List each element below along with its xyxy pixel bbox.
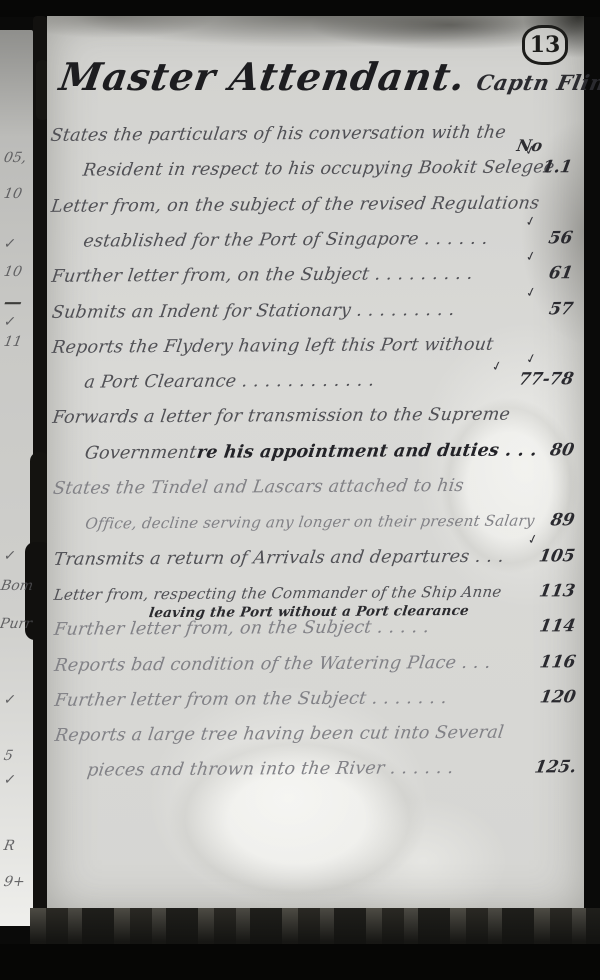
scanned-manuscript: { "page": { "number": "13" }, "header": … [0, 0, 600, 980]
entry-number: 1.1 [492, 157, 573, 178]
entry-number: 80 [494, 440, 575, 461]
index-entry: Resident in respect to his occupying Boo… [51, 157, 572, 195]
entry-text: Further letter from, on the Subject . . … [50, 264, 474, 287]
entry-number: 89 [495, 510, 576, 531]
index-entry: States the Tindel and Lascars attached t… [53, 475, 574, 513]
index-entries: States the particulars of his conversati… [50, 14, 577, 917]
entry-text: Transmits a return of Arrivals and depar… [52, 546, 505, 569]
index-entry: Government re his appointment and duties… [53, 440, 574, 478]
index-entry: Further letter from, on the Subject . . … [52, 263, 573, 301]
entry-number: 120 [496, 687, 577, 708]
index-entry: established for the Port of Singapore . … [51, 228, 572, 266]
entry-number: 56 [493, 228, 574, 249]
index-entry: Letter from, on the subject of the revis… [51, 193, 572, 231]
entry-text: Forwards a letter for transmission to th… [51, 405, 511, 428]
entry-text: Further letter from on the Subject . . .… [53, 688, 448, 711]
entry-number: 57 [493, 299, 574, 320]
index-entry: Further letter from on the Subject . . .… [55, 687, 576, 725]
index-entry: Reports a large tree having been cut int… [55, 722, 576, 760]
entry-number: 105 [495, 546, 576, 567]
index-entry: States the particulars of his conversati… [51, 122, 572, 160]
index-entry: Transmits a return of Arrivals and depar… [54, 546, 575, 584]
entry-text: States the Tindel and Lascars attached t… [52, 476, 465, 499]
index-entry: Forwards a letter for transmission to th… [53, 405, 574, 443]
index-entry: a Port Clearance . . . . . . . . . . . .… [52, 369, 573, 407]
entry-number: 116 [496, 652, 577, 673]
index-entry: pieces and thrown into the River . . . .… [55, 758, 576, 796]
entry-text: pieces and thrown into the River . . . .… [86, 758, 455, 781]
entry-text: Letter from, on the subject of the revis… [50, 193, 541, 216]
document-page: 13 Master Attendant. Captn Flint R.N. No… [47, 16, 584, 915]
entry-text: Office, decline serving any longer on th… [84, 512, 536, 533]
adjacent-page-edge [0, 30, 33, 926]
index-entry: Reports bad condition of the Watering Pl… [54, 652, 575, 690]
entry-text: Reports bad condition of the Watering Pl… [53, 652, 492, 675]
entry-text: Submits an Indent for Stationary . . . .… [51, 300, 456, 323]
entry-text: Reports a large tree having been cut int… [54, 723, 505, 746]
scan-bottom-border [0, 944, 600, 980]
index-entry: Office, decline serving any longer on th… [53, 510, 574, 548]
entry-text: Reports the Flydery having left this Por… [51, 335, 495, 358]
index-entry: Further letter from, on the Subject . . … [54, 616, 575, 654]
entry-text: established for the Port of Singapore . … [82, 229, 489, 252]
entry-text: Further letter from, on the Subject . . … [53, 617, 431, 640]
entry-number: 61 [493, 263, 574, 284]
entry-text: Government [84, 442, 198, 463]
entry-text: Resident in respect to his occupying Boo… [82, 158, 556, 181]
entry-number: 125. [496, 758, 577, 779]
entry-text-addition: re his appointment and duties . . . [195, 440, 538, 462]
entry-number: 114 [495, 616, 576, 637]
index-entry: Submits an Indent for Stationary . . . .… [52, 299, 573, 337]
entry-number: 77-78 [494, 369, 575, 390]
entry-text: States the particulars of his conversati… [49, 123, 507, 146]
entry-text: a Port Clearance . . . . . . . . . . . . [83, 371, 376, 393]
